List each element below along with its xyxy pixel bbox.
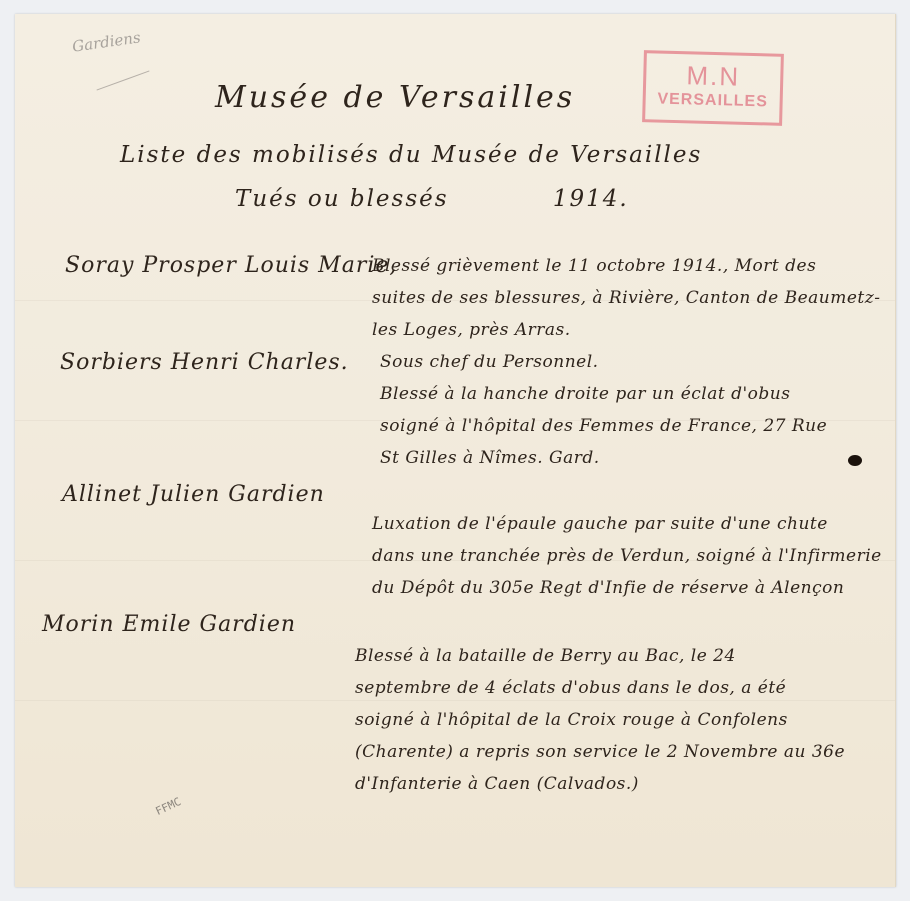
document-subtitle: Liste des mobilisés du Musée de Versaill… [120,142,702,168]
stamp-line2: VERSAILLES [645,90,779,112]
ink-blot [848,455,862,466]
entry-line: Blessé à la bataille de Berry au Bac, le… [355,640,845,672]
entry-line: dans une tranchée près de Verdun, soigné… [372,540,882,572]
document-title: Musée de Versailles [215,80,575,115]
entry-name: Morin Emile Gardien [42,612,296,637]
document-year: 1914. [553,186,629,212]
entry-line: soigné à l'hôpital des Femmes de France,… [380,410,827,442]
entry-line: d'Infanterie à Caen (Calvados.) [355,768,845,800]
entry-line: septembre de 4 éclats d'obus dans le dos… [355,672,845,704]
entry-line: suites de ses blessures, à Rivière, Cant… [372,282,880,314]
stamp-line1: M.N [646,59,781,93]
entry-line: les Loges, près Arras. [372,314,880,346]
entry-line: du Dépôt du 305e Regt d'Infie de réserve… [372,572,882,604]
document-subtitle-line2: Tués ou blessés 1914. [235,186,629,212]
entry-description: Sous chef du Personnel. Blessé à la hanc… [380,346,827,474]
subtitle-text: Tués ou blessés [235,186,449,212]
entry-description: Blessé grièvement le 11 octobre 1914., M… [372,250,880,346]
entry-line: (Charente) a repris son service le 2 Nov… [355,736,845,768]
entry-line: St Gilles à Nîmes. Gard. [380,442,827,474]
archive-stamp: M.N VERSAILLES [642,50,784,126]
entry-line: Sous chef du Personnel. [380,346,827,378]
entry-line: Blessé à la hanche droite par un éclat d… [380,378,827,410]
entry-line: Luxation de l'épaule gauche par suite d'… [372,508,882,540]
entry-description: Blessé à la bataille de Berry au Bac, le… [355,640,845,800]
entry-line: soigné à l'hôpital de la Croix rouge à C… [355,704,845,736]
entry-name: Soray Prosper Louis Marie, [65,253,397,278]
entry-description: Luxation de l'épaule gauche par suite d'… [372,508,882,604]
entry-name: Sorbiers Henri Charles. [60,350,349,375]
entry-name: Allinet Julien Gardien [62,482,325,507]
entry-line: Blessé grièvement le 11 octobre 1914., M… [372,250,880,282]
